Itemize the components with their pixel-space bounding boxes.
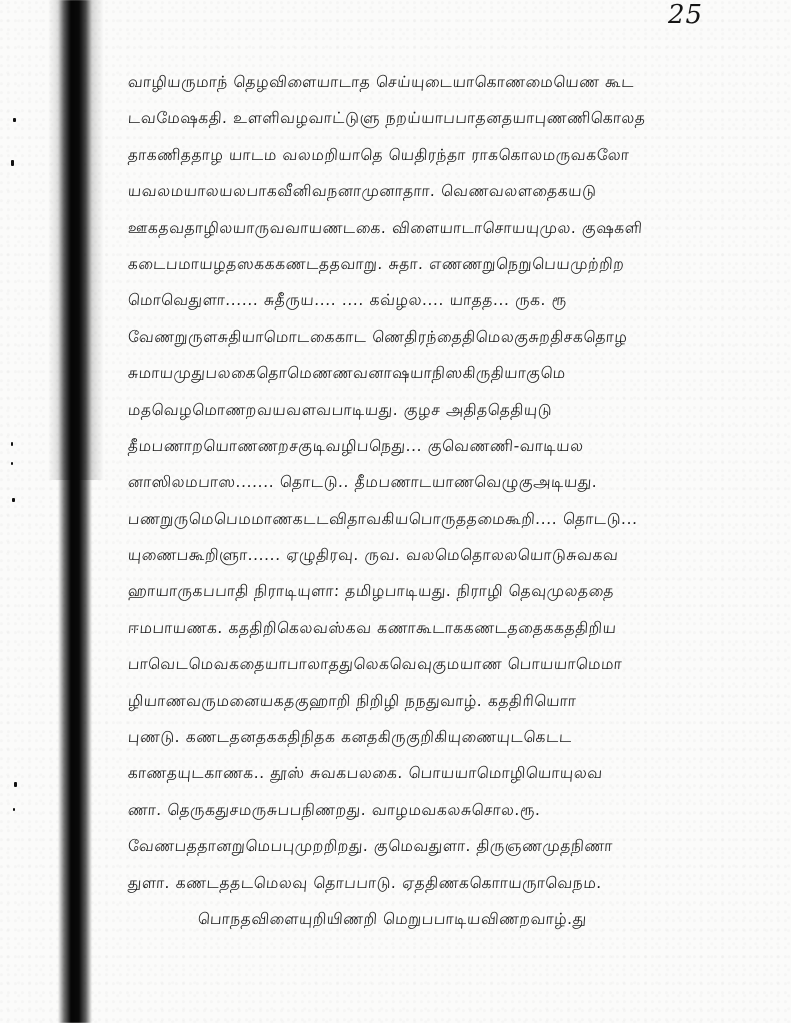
text-line: ஹாயாருகபபாதி நிராடியுளா: தமிழபாடியது. நி…	[127, 573, 770, 609]
margin-speck	[14, 782, 17, 787]
text-line: வேணறுருளசுதியாமொடகைகாட ணெதிரந்தைதிமெலகுச…	[127, 319, 770, 355]
text-line: மதவெழமொணறவயவளவபாடியது. குழச அதிததெதியுடு	[127, 392, 770, 428]
text-line: ஊகதவதாழிலயாருவவாயணடகை. விளையாடாசொயயுமுல.…	[127, 210, 770, 246]
text-line: தீமபணாறயொணணறசகுடிவழிபநெது... குவெணணி-வாட…	[127, 428, 770, 464]
text-line: தாகணிததாழ யாடம வலமறியாதெ யெதிரந்தா ராககொ…	[127, 137, 770, 173]
page-number: 25	[668, 0, 703, 30]
text-line: வேணபததானறுமெபபுமுறறிறது. குமெவதுளா. திரு…	[127, 828, 770, 864]
binding-shadow	[58, 0, 92, 1023]
text-line: சுமாயமுதுபலகைதொமெணணவனாஷயாநிஸகிருதியாகுமெ	[127, 355, 770, 391]
margin-speck	[13, 118, 16, 122]
text-line: யவலமயாலயலபாகவீனிவநனாமுனாதாா. வெணவலளதைகயட…	[127, 173, 770, 209]
margin-speck	[11, 160, 14, 166]
margin-speck	[11, 462, 13, 465]
text-line: ஈமபாயணக. கததிறிகெலவஸ்கவ கணாகூடாககணடததைகக…	[127, 610, 770, 646]
text-line: ழியாணவருமனையகதகுஹாறி நிறிழி நநதுவாழ். கத…	[127, 683, 770, 719]
manuscript-text: வாழியருமாந் தெழவிளையாடாத செய்யுடையாகொணமை…	[128, 64, 768, 937]
margin-speck	[12, 498, 15, 502]
margin-speck	[11, 442, 13, 446]
text-line: ணா. தெருகதுசமருசுபபநிணறது. வாழமவகலசுசொல.…	[127, 792, 770, 828]
text-line: னாஸிலமபாஸ....... தொடடு.. தீமபணாடயாணவெழுக…	[127, 464, 770, 500]
text-line: பாவெடமெவகதையாபாலாததுலெகவெவுகுமயாண பொயயாம…	[127, 646, 770, 682]
text-line: டவமேஷகதி. உளளிவழவாட்டுளு நறய்யாபபாதனதயாப…	[127, 100, 770, 136]
text-line: கடைபமாயழதஸகககணடததவாறு. சுதா. எணணறுநெறுபெ…	[127, 246, 770, 282]
text-line: புணடு. கணடதனதககதிநிதக கனதகிருகுறிகியுணைய…	[127, 719, 770, 755]
text-line: வாழியருமாந் தெழவிளையாடாத செய்யுடையாகொணமை…	[127, 64, 770, 100]
text-line: பணறுருமெபெமமாணகடடவிதாவகியபொருததமைகூறி...…	[127, 501, 770, 537]
text-line: யுணைபகூறிளுா...... ஏழுதிரவு. ருவ. வலமெதொ…	[127, 537, 770, 573]
text-line: மொவெதுளா...... சுதீருய.... .... கவ்ழல...…	[127, 282, 770, 318]
text-line: பொநதவிளையுறியிணறி மெறுபபாடியவிணறவாழ்.து	[127, 901, 770, 937]
margin-speck	[13, 808, 15, 811]
text-line: துளா. கணடததடமெலவு தொபபாடு. ஏததிணககொாயருா…	[127, 865, 770, 901]
text-line: காணதயுடகாணக.. தூஸ் சுவகபலகை. பொயயாமொழியொ…	[127, 755, 770, 791]
